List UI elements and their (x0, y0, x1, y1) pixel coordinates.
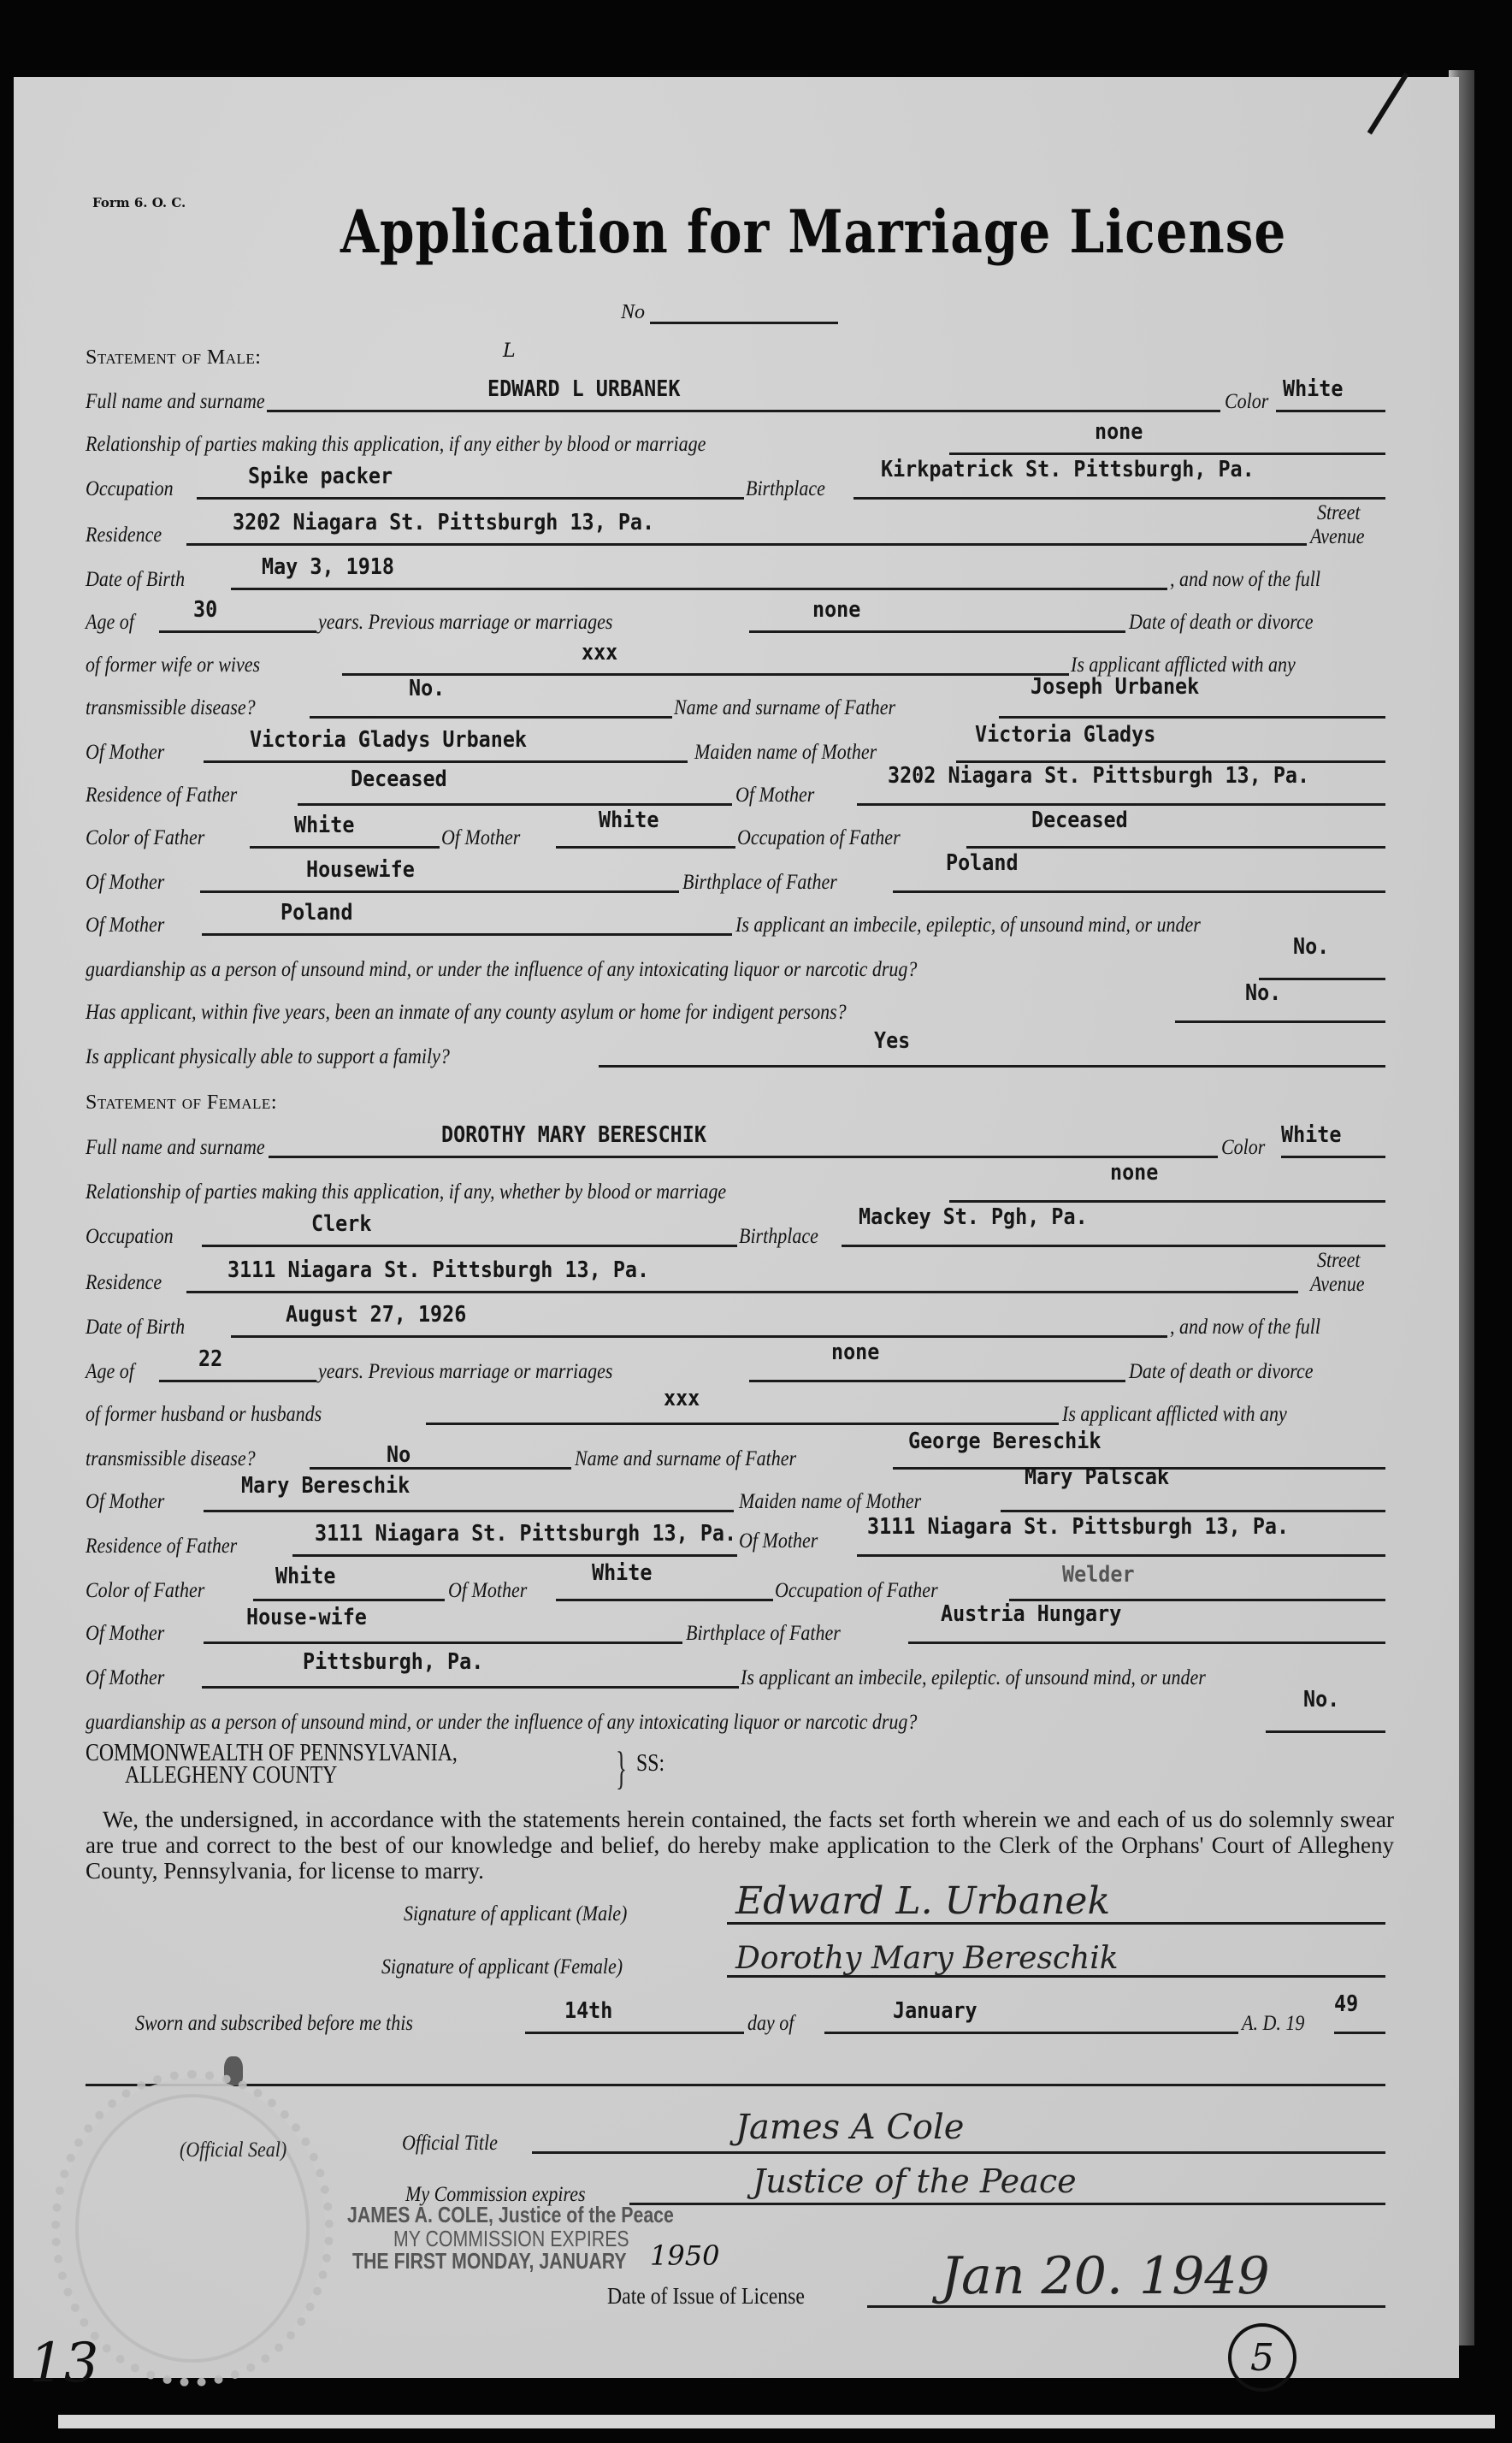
imbecile-label: Is applicant an imbecile, epileptic. of … (741, 1666, 1206, 1690)
female-guardianship-value: No. (1303, 1687, 1339, 1712)
male-color-father-field[interactable] (250, 846, 440, 849)
residence-label: Residence (86, 1271, 162, 1295)
official-title-written: Justice of the Peace (753, 2162, 1077, 2200)
male-bp-father-value: Poland (946, 850, 1019, 876)
female-disease-field[interactable] (310, 1467, 571, 1470)
res-father-label: Residence of Father (86, 1535, 237, 1559)
father-name-label: Name and surname of Father (575, 1447, 796, 1471)
sworn-day-value: 14th (564, 1998, 612, 2024)
male-prev-marriages-value: none (812, 597, 860, 623)
father-name-label: Name and surname of Father (674, 696, 895, 720)
female-residence-field[interactable] (186, 1291, 1298, 1293)
male-asylum-value: No. (1245, 980, 1281, 1006)
male-disease-value: No. (409, 676, 445, 701)
male-disease-row: transmissible disease? No. Name and surn… (86, 686, 1385, 720)
female-color-mother-value: White (592, 1560, 652, 1586)
application-number-label: No (621, 301, 645, 324)
male-res-father-value: Deceased (351, 766, 447, 792)
commission-row: My Commission expires Justice of the Pea… (86, 2173, 1385, 2207)
dob-label: Date of Birth (86, 1316, 185, 1340)
female-color-father-field[interactable] (253, 1599, 445, 1601)
issue-date-value: Jan 20. 1949 (941, 2246, 1270, 2306)
male-disease-field[interactable] (310, 716, 672, 719)
age-label: Age of (86, 1360, 134, 1384)
sworn-day-field[interactable] (525, 2032, 744, 2034)
female-full-name-field[interactable] (269, 1156, 1218, 1158)
male-color-mother-field[interactable] (556, 846, 735, 849)
female-bp-mother-value: Pittsburgh, Pa. (303, 1649, 483, 1675)
street-label: Street (1317, 1249, 1361, 1273)
male-former-spouse-field[interactable] (342, 673, 1069, 676)
middle-initial-correction: L (503, 340, 516, 362)
male-birthplace-field[interactable] (853, 497, 1385, 500)
prev-marriages-label: years. Previous marriage or marriages (318, 611, 612, 635)
male-mother-name-field[interactable] (204, 760, 688, 763)
female-color-field[interactable] (1281, 1156, 1385, 1158)
official-title-row: Official Title James A Cole (86, 2121, 1385, 2156)
female-relationship-field[interactable] (949, 1200, 1385, 1203)
support-label: Is applicant physically able to support … (86, 1045, 450, 1069)
male-support-row: Is applicant physically able to support … (86, 1035, 1385, 1069)
color-mother-label: Of Mother (448, 1579, 527, 1603)
circled-number-icon: 5 (1228, 2323, 1296, 2392)
occ-mother-label: Of Mother (86, 1622, 164, 1646)
mother-label: Of Mother (86, 1490, 164, 1514)
female-guardianship-row: guardianship as a person of unsound mind… (86, 1701, 1385, 1735)
page-bottom-edge (58, 2415, 1495, 2428)
female-full-name-value: DOROTHY MARY BERESCHIK (441, 1122, 706, 1148)
male-prev-marriages-field[interactable] (749, 630, 1125, 633)
male-full-name-field[interactable] (267, 410, 1220, 412)
issue-date-row: Date of Issue of License Jan 20. 1949 (86, 2275, 1385, 2310)
sworn-row: Sworn and subscribed before me this 14th… (86, 2002, 1385, 2036)
residence-label: Residence (86, 523, 162, 547)
male-asylum-field[interactable] (1175, 1020, 1385, 1023)
male-relationship-value: none (1095, 419, 1143, 445)
sworn-year-field[interactable] (1334, 2032, 1385, 2034)
female-father-name-value: George Bereschik (908, 1429, 1101, 1454)
bp-mother-label: Of Mother (86, 1666, 164, 1690)
male-color-mother-value: White (599, 807, 659, 833)
female-former-spouse-value: xxx (664, 1386, 700, 1411)
male-res-mother-value: 3202 Niagara St. Pittsburgh 13, Pa. (888, 763, 1309, 789)
official-title-field[interactable] (532, 2151, 1385, 2154)
male-support-value: Yes (874, 1028, 910, 1054)
male-parent-residence-row: Residence of Father Deceased Of Mother 3… (86, 773, 1385, 807)
death-divorce-label: Date of death or divorce (1129, 1360, 1313, 1384)
female-prev-marriages-value: none (831, 1340, 879, 1365)
official-signature: James A Cole (735, 2108, 964, 2147)
bp-mother-label: Of Mother (86, 914, 164, 938)
disease-label: transmissible disease? (86, 696, 256, 720)
male-asylum-row: Has applicant, within five years, been a… (86, 991, 1385, 1025)
day-of-label: day of (747, 2012, 794, 2036)
female-occ-mother-value: House-wife (246, 1605, 367, 1630)
male-color-field[interactable] (1276, 410, 1385, 412)
form-number: Form 6. O. C. (92, 195, 186, 210)
avenue-label: Avenue (1310, 525, 1365, 549)
male-residence-row: Residence 3202 Niagara St. Pittsburgh 13… (86, 513, 1385, 547)
sworn-month-field[interactable] (824, 2032, 1238, 2034)
female-parent-residence-row: Residence of Father 3111 Niagara St. Pit… (86, 1524, 1385, 1559)
female-residence-row: Residence 3111 Niagara St. Pittsburgh 13… (86, 1261, 1385, 1295)
female-disease-row: transmissible disease? No Name and surna… (86, 1437, 1385, 1471)
male-dob-row: Date of Birth May 3, 1918 , and now of t… (86, 558, 1385, 592)
female-bp-father-value: Austria Hungary (941, 1601, 1121, 1627)
page-mark-handwritten: 13 (29, 2332, 98, 2395)
occ-father-label: Occupation of Father (775, 1579, 938, 1603)
sworn-label: Sworn and subscribed before me this (135, 2012, 413, 2036)
street-label: Street (1317, 501, 1361, 525)
female-guardianship-field[interactable] (1266, 1730, 1385, 1733)
female-signature: Dorothy Mary Bereschik (735, 1941, 1119, 1976)
female-mother-maiden-field[interactable] (1001, 1510, 1385, 1512)
male-full-name-value: EDWARD L URBANEK (487, 376, 680, 402)
female-parent-color-row: Color of Father White Of Mother White Oc… (86, 1569, 1385, 1603)
occ-mother-label: Of Mother (86, 871, 164, 895)
res-mother-label: Of Mother (735, 784, 814, 807)
male-age-field[interactable] (159, 630, 316, 633)
male-signature: Edward L. Urbanek (735, 1879, 1110, 1923)
female-dob-row: Date of Birth August 27, 1926 , and now … (86, 1305, 1385, 1340)
female-mother-name-value: Mary Bereschik (241, 1473, 410, 1499)
male-bp-mother-value: Poland (281, 900, 353, 926)
male-dob-field[interactable] (231, 588, 1167, 590)
official-title-label: Official Title (402, 2132, 498, 2156)
color-mother-label: Of Mother (441, 826, 520, 850)
female-occupation-row: Occupation Clerk Birthplace Mackey St. P… (86, 1215, 1385, 1249)
occupation-label: Occupation (86, 1225, 174, 1249)
male-mother-maiden-value: Victoria Gladys (975, 722, 1155, 748)
former-spouse-label: of former husband or husbands (86, 1403, 322, 1427)
sig-male-label: Signature of applicant (Male) (404, 1902, 627, 1926)
female-res-father-value: 3111 Niagara St. Pittsburgh 13, Pa. (315, 1521, 736, 1547)
bp-father-label: Birthplace of Father (686, 1622, 841, 1646)
male-birthplace-value: Kirkpatrick St. Pittsburgh, Pa. (881, 457, 1255, 482)
color-father-label: Color of Father (86, 826, 204, 850)
male-residence-value: 3202 Niagara St. Pittsburgh 13, Pa. (233, 510, 654, 535)
male-occ-mother-field[interactable] (200, 890, 679, 893)
male-occ-father-field[interactable] (966, 846, 1385, 849)
afflicted-label: Is applicant afflicted with any (1062, 1403, 1287, 1427)
full-age-label: , and now of the full (1170, 568, 1320, 592)
male-name-row: Full name and surname EDWARD L URBANEK C… (86, 380, 1385, 414)
ss-label: SS: (636, 1750, 664, 1778)
female-occ-father-value: Welder (1062, 1562, 1135, 1588)
female-occupation-field[interactable] (202, 1245, 737, 1247)
female-age-row: Age of 22 years. Previous marriage or ma… (86, 1350, 1385, 1384)
full-name-label: Full name and surname (86, 1136, 265, 1160)
female-age-field[interactable] (159, 1380, 316, 1382)
male-color-father-value: White (294, 813, 354, 838)
female-prev-marriages-field[interactable] (749, 1380, 1125, 1382)
male-res-father-field[interactable] (298, 803, 732, 806)
female-mother-row: Of Mother Mary Bereschik Maiden name of … (86, 1480, 1385, 1514)
sworn-month-value: January (893, 1998, 977, 2024)
female-section-title: Statement of Female: (86, 1091, 277, 1115)
avenue-label: Avenue (1310, 1273, 1365, 1297)
female-signature-row: Signature of applicant (Female) Dorothy … (86, 1945, 1385, 1979)
female-mother-birthplace-row: Of Mother Pittsburgh, Pa. Is applicant a… (86, 1656, 1385, 1690)
male-occ-father-value: Deceased (1031, 807, 1128, 833)
imbecile-label: Is applicant an imbecile, epileptic, of … (735, 914, 1201, 938)
maiden-name-label: Maiden name of Mother (694, 741, 877, 765)
asylum-label: Has applicant, within five years, been a… (86, 1001, 847, 1025)
female-res-father-field[interactable] (292, 1554, 737, 1557)
age-label: Age of (86, 611, 134, 635)
male-res-mother-field[interactable] (857, 803, 1385, 806)
male-support-field[interactable] (599, 1065, 1385, 1068)
female-color-mother-field[interactable] (556, 1599, 773, 1601)
mother-label: Of Mother (86, 741, 164, 765)
male-father-name-value: Joseph Urbanek (1031, 674, 1199, 700)
sig-female-label: Signature of applicant (Female) (381, 1955, 623, 1979)
full-name-label: Full name and surname (86, 390, 265, 414)
commission-field[interactable] (629, 2203, 1385, 2205)
male-age-value: 30 (193, 597, 217, 623)
female-disease-value: No (387, 1442, 410, 1468)
circled-number: 5 (1250, 2336, 1274, 2380)
male-guardianship-value: No. (1293, 934, 1329, 960)
female-former-spouse-field[interactable] (426, 1423, 1059, 1425)
female-birthplace-field[interactable] (842, 1245, 1385, 1247)
male-age-row: Age of 30 years. Previous marriage or ma… (86, 600, 1385, 635)
prev-marriages-label: years. Previous marriage or marriages (318, 1360, 612, 1384)
female-age-value: 22 (198, 1346, 222, 1372)
disease-label: transmissible disease? (86, 1447, 256, 1471)
dob-label: Date of Birth (86, 568, 185, 592)
male-relationship-field[interactable] (949, 453, 1385, 455)
death-divorce-label: Date of death or divorce (1129, 611, 1313, 635)
male-mother-name-value: Victoria Gladys Urbanek (250, 727, 527, 753)
birthplace-label: Birthplace (739, 1225, 818, 1249)
color-label: Color (1221, 1136, 1265, 1160)
county-label: ALLEGHENY COUNTY (125, 1762, 337, 1789)
guardianship-label: guardianship as a person of unsound mind… (86, 958, 917, 982)
female-residence-value: 3111 Niagara St. Pittsburgh 13, Pa. (227, 1257, 649, 1283)
female-bp-mother-field[interactable] (202, 1686, 739, 1689)
oath-statement: We, the undersigned, in accordance with … (86, 1807, 1394, 1884)
bp-father-label: Birthplace of Father (682, 871, 837, 895)
female-dob-field[interactable] (231, 1335, 1167, 1338)
male-section-title: Statement of Male: (86, 346, 261, 370)
former-spouse-label: of former wife or wives (86, 654, 260, 677)
occ-father-label: Occupation of Father (737, 826, 901, 850)
female-res-mother-field[interactable] (857, 1554, 1385, 1557)
male-former-spouse-value: xxx (582, 640, 617, 665)
sworn-year-value: 49 (1334, 1991, 1358, 2017)
male-occupation-row: Occupation Spike packer Birthplace Kirkp… (86, 467, 1385, 501)
relationship-label: Relationship of parties making this appl… (86, 433, 706, 457)
female-birthplace-value: Mackey St. Pgh, Pa. (859, 1204, 1088, 1230)
male-mother-birthplace-row: Of Mother Poland Is applicant an imbecil… (86, 903, 1385, 938)
res-father-label: Residence of Father (86, 784, 237, 807)
female-dob-value: August 27, 1926 (286, 1302, 466, 1328)
occupation-label: Occupation (86, 477, 174, 501)
female-mother-occupation-row: Of Mother House-wife Birthplace of Fathe… (86, 1612, 1385, 1646)
male-bp-father-field[interactable] (893, 890, 1385, 893)
male-mother-row: Of Mother Victoria Gladys Urbanek Maiden… (86, 731, 1385, 765)
application-number-field[interactable] (650, 322, 838, 324)
female-color-value: White (1281, 1122, 1341, 1148)
birthplace-label: Birthplace (746, 477, 825, 501)
page-title: Application for Marriage License (340, 197, 1286, 267)
stamp-line-1: JAMES A. COLE, Justice of the Peace (347, 2202, 674, 2228)
female-bp-father-field[interactable] (908, 1641, 1385, 1644)
female-relationship-row: Relationship of parties making this appl… (86, 1170, 1385, 1204)
stamp-line-3: THE FIRST MONDAY, JANUARY (352, 2248, 627, 2274)
color-label: Color (1225, 390, 1268, 414)
brace-icon: } (616, 1742, 627, 1795)
male-occupation-value: Spike packer (248, 464, 393, 489)
male-parent-color-row: Color of Father White Of Mother White Oc… (86, 816, 1385, 850)
male-father-name-field[interactable] (999, 716, 1385, 719)
male-residence-field[interactable] (186, 543, 1307, 546)
stamp-year-handwritten: 1950 (650, 2239, 719, 2272)
color-father-label: Color of Father (86, 1579, 204, 1603)
female-name-row: Full name and surname DOROTHY MARY BERES… (86, 1126, 1385, 1160)
official-signature-line[interactable] (86, 2084, 1385, 2086)
male-bp-mother-field[interactable] (202, 933, 732, 936)
issue-date-label: Date of Issue of License (607, 2283, 805, 2310)
female-occ-mother-field[interactable] (204, 1641, 682, 1644)
female-mother-name-field[interactable] (204, 1510, 734, 1512)
male-color-value: White (1283, 376, 1343, 402)
male-mother-occupation-row: Of Mother Housewife Birthplace of Father… (86, 861, 1385, 895)
female-color-father-value: White (275, 1564, 335, 1589)
male-former-spouse-row: of former wife or wives xxx Is applicant… (86, 643, 1385, 677)
maiden-name-label: Maiden name of Mother (739, 1490, 921, 1514)
male-occupation-field[interactable] (197, 497, 744, 500)
female-former-spouse-row: of former husband or husbands xxx Is app… (86, 1393, 1385, 1427)
female-res-mother-value: 3111 Niagara St. Pittsburgh 13, Pa. (867, 1514, 1289, 1540)
male-occ-mother-value: Housewife (306, 857, 415, 883)
female-relationship-value: none (1110, 1160, 1158, 1186)
male-guardianship-row: guardianship as a person of unsound mind… (86, 948, 1385, 982)
male-signature-row: Signature of applicant (Male) Edward L. … (86, 1892, 1385, 1926)
female-occupation-value: Clerk (311, 1211, 371, 1237)
res-mother-label: Of Mother (739, 1529, 818, 1553)
full-age-label: , and now of the full (1170, 1316, 1320, 1340)
relationship-label: Relationship of parties making this appl… (86, 1180, 726, 1204)
female-mother-maiden-value: Mary Palscak (1025, 1464, 1169, 1490)
guardianship-label: guardianship as a person of unsound mind… (86, 1711, 917, 1735)
male-relationship-row: Relationship of parties making this appl… (86, 423, 1385, 457)
male-dob-value: May 3, 1918 (262, 554, 394, 580)
ad-label: A. D. 19 (1242, 2012, 1304, 2036)
